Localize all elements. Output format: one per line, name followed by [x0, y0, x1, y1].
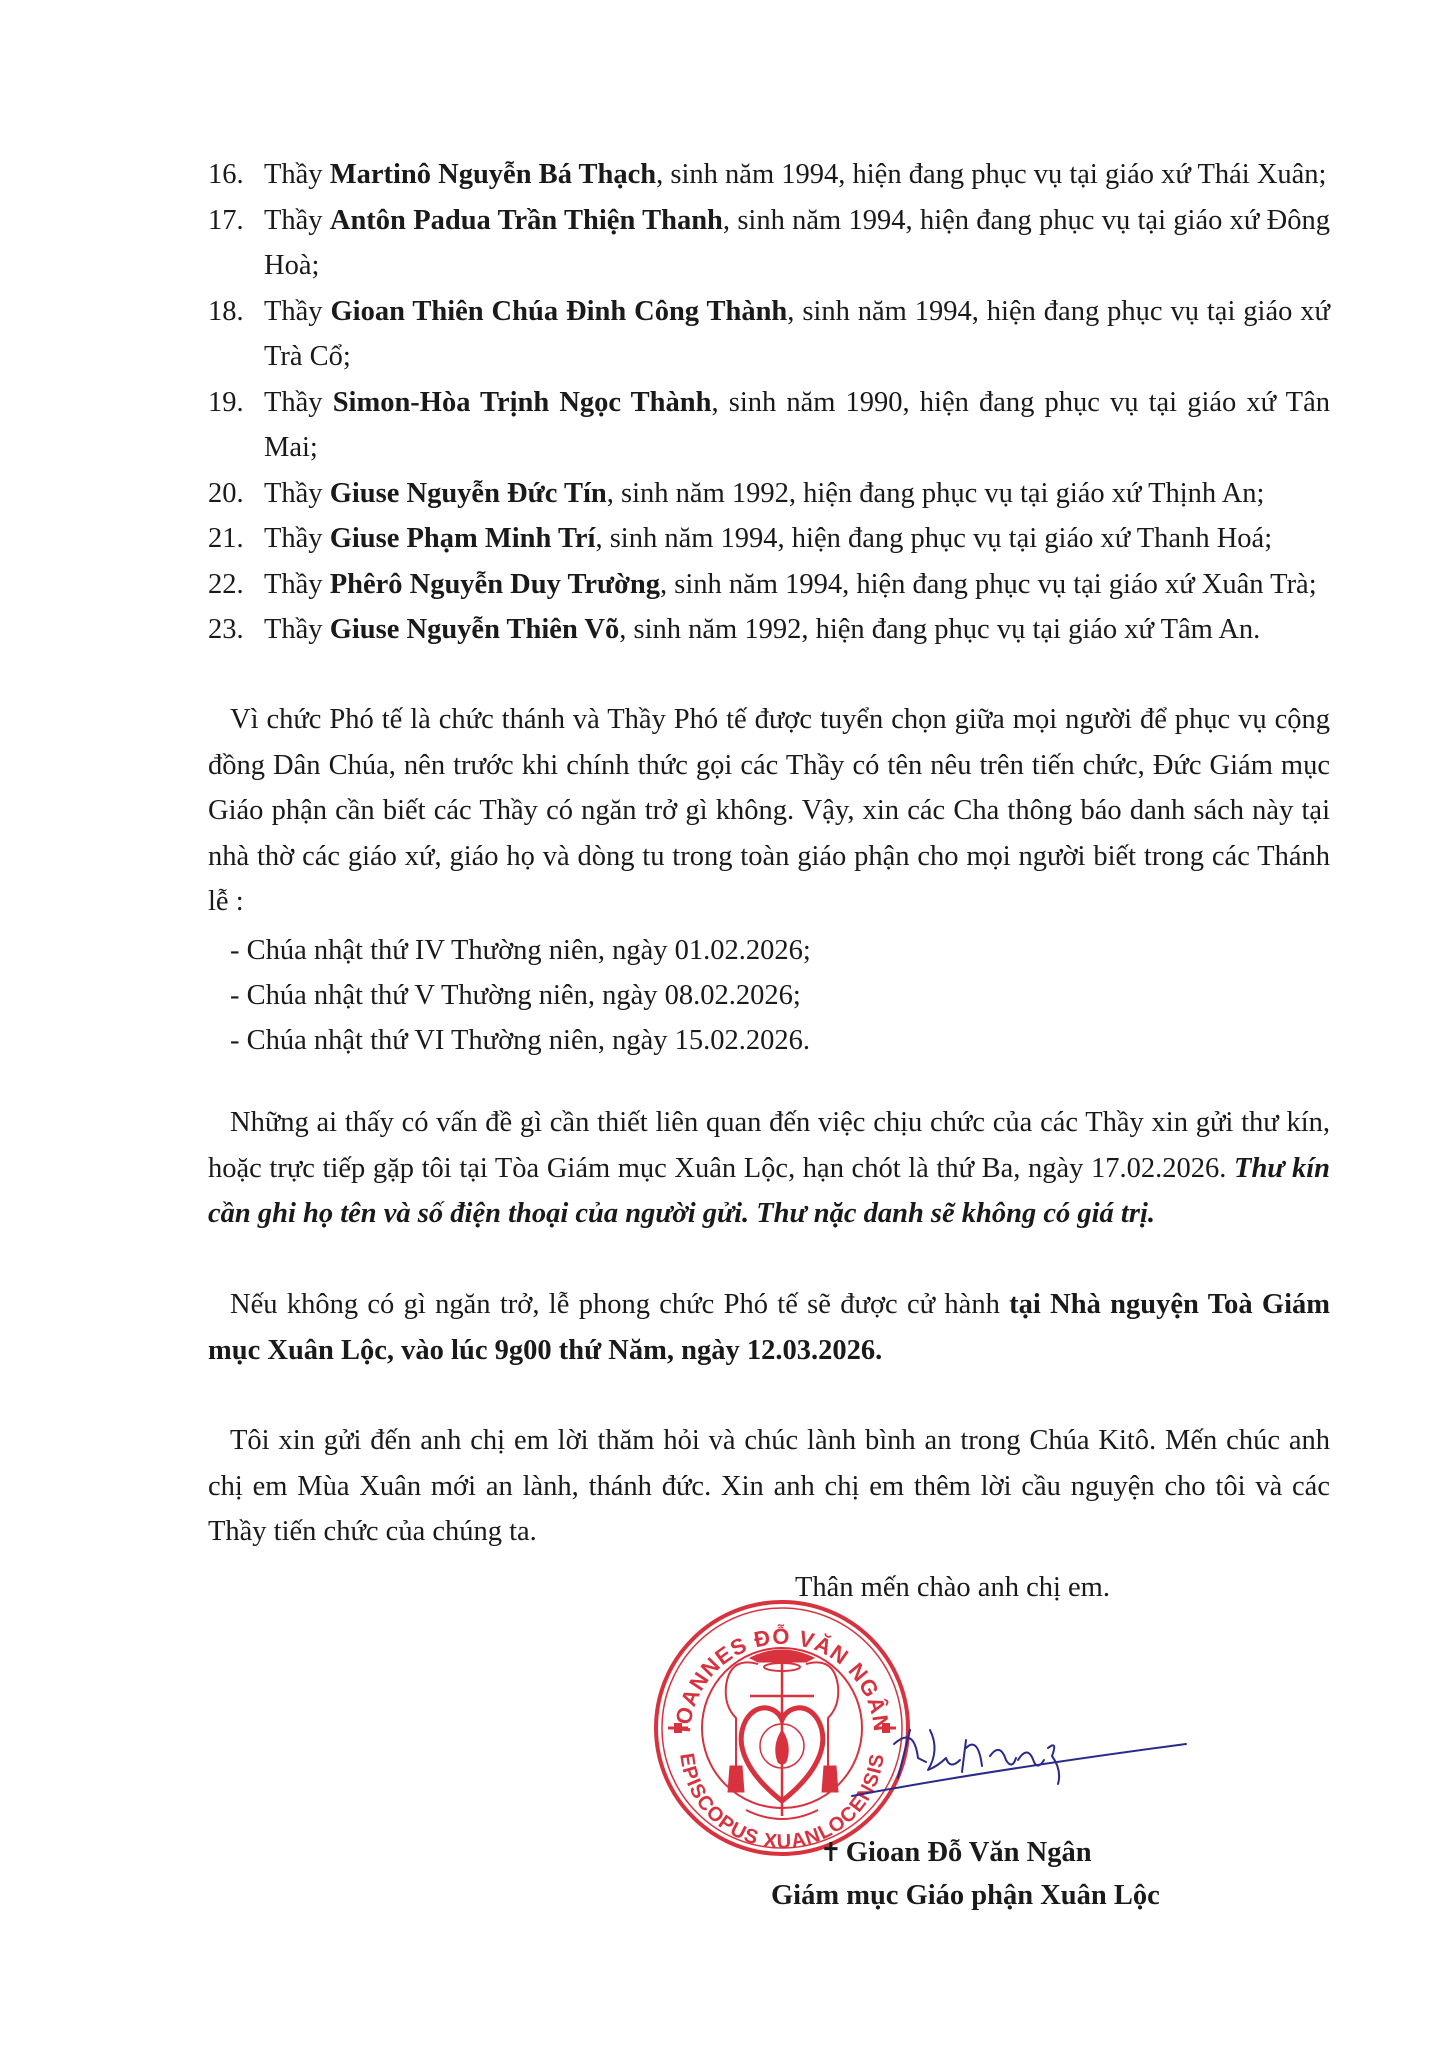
item-details: , sinh năm 1992, hiện đang phục vụ tại g… — [619, 614, 1260, 645]
item-prefix: Thầy — [264, 478, 330, 509]
mass-date-item: - Chúa nhật thứ V Thường niên, ngày 08.0… — [230, 973, 811, 1018]
item-prefix: Thầy — [264, 387, 333, 418]
candidate-name: Giuse Nguyễn Thiên Võ — [330, 614, 620, 645]
item-number: 18. — [208, 289, 244, 335]
mass-date-item: - Chúa nhật thứ VI Thường niên, ngày 15.… — [230, 1018, 811, 1063]
list-item: 23.Thầy Giuse Nguyễn Thiên Võ, sinh năm … — [208, 607, 1330, 653]
item-details: , sinh năm 1994, hiện đang phục vụ tại g… — [595, 523, 1272, 554]
list-item: 16.Thầy Martinô Nguyễn Bá Thạch, sinh nă… — [208, 152, 1330, 198]
blessing-paragraph: Tôi xin gửi đến anh chị em lời thăm hỏi … — [208, 1418, 1330, 1555]
candidate-name: Antôn Padua Trần Thiện Thanh — [330, 205, 723, 236]
handwritten-signature-icon — [790, 1700, 1190, 1800]
item-number: 23. — [208, 607, 244, 653]
candidate-name: Phêrô Nguyễn Duy Trường — [330, 569, 660, 600]
item-number: 20. — [208, 471, 244, 517]
item-number: 19. — [208, 380, 244, 426]
candidate-name: Gioan Thiên Chúa Đinh Công Thành — [330, 296, 787, 327]
candidate-name: Giuse Phạm Minh Trí — [330, 523, 596, 554]
candidate-name: Martinô Nguyễn Bá Thạch — [330, 159, 656, 190]
item-prefix: Thầy — [264, 614, 330, 645]
signatory-name: ✝Gioan Đỗ Văn Ngân — [820, 1830, 1092, 1876]
item-number: 21. — [208, 516, 244, 562]
item-prefix: Thầy — [264, 523, 330, 554]
list-item: 22.Thầy Phêrô Nguyễn Duy Trường, sinh nă… — [208, 562, 1330, 608]
candidate-name: Giuse Nguyễn Đức Tín — [330, 478, 607, 509]
mass-date-item: - Chúa nhật thứ IV Thường niên, ngày 01.… — [230, 928, 811, 973]
announcement-paragraph: Vì chức Phó tế là chức thánh và Thầy Phó… — [208, 697, 1330, 925]
objection-text: Những ai thấy có vấn đề gì cần thiết liê… — [208, 1107, 1330, 1184]
item-number: 17. — [208, 198, 244, 244]
ordination-candidate-list: 16.Thầy Martinô Nguyễn Bá Thạch, sinh nă… — [208, 152, 1330, 653]
list-item: 18.Thầy Gioan Thiên Chúa Đinh Công Thành… — [208, 289, 1330, 380]
item-prefix: Thầy — [264, 296, 330, 327]
item-prefix: Thầy — [264, 159, 330, 190]
item-prefix: Thầy — [264, 569, 330, 600]
document-page: 16.Thầy Martinô Nguyễn Bá Thạch, sinh nă… — [0, 0, 1442, 2048]
item-number: 22. — [208, 562, 244, 608]
list-item: 20.Thầy Giuse Nguyễn Đức Tín, sinh năm 1… — [208, 471, 1330, 517]
signatory-title: Giám mục Giáo phận Xuân Lộc — [771, 1873, 1160, 1919]
objection-paragraph: Những ai thấy có vấn đề gì cần thiết liê… — [208, 1100, 1330, 1237]
ceremony-paragraph: Nếu không có gì ngăn trở, lễ phong chức … — [208, 1282, 1330, 1373]
ceremony-text: Nếu không có gì ngăn trở, lễ phong chức … — [230, 1289, 1009, 1320]
list-item: 19.Thầy Simon-Hòa Trịnh Ngọc Thành, sinh… — [208, 380, 1330, 471]
item-number: 16. — [208, 152, 244, 198]
item-details: , sinh năm 1994, hiện đang phục vụ tại g… — [660, 569, 1317, 600]
item-prefix: Thầy — [264, 205, 330, 236]
list-item: 21.Thầy Giuse Phạm Minh Trí, sinh năm 19… — [208, 516, 1330, 562]
mass-dates-list: - Chúa nhật thứ IV Thường niên, ngày 01.… — [230, 928, 811, 1063]
list-item: 17.Thầy Antôn Padua Trần Thiện Thanh, si… — [208, 198, 1330, 289]
cross-icon: ✝ — [820, 1838, 842, 1867]
signatory-name-text: Gioan Đỗ Văn Ngân — [846, 1837, 1092, 1868]
item-details: , sinh năm 1994, hiện đang phục vụ tại g… — [656, 159, 1326, 190]
item-details: , sinh năm 1992, hiện đang phục vụ tại g… — [607, 478, 1265, 509]
candidate-name: Simon-Hòa Trịnh Ngọc Thành — [333, 387, 712, 418]
